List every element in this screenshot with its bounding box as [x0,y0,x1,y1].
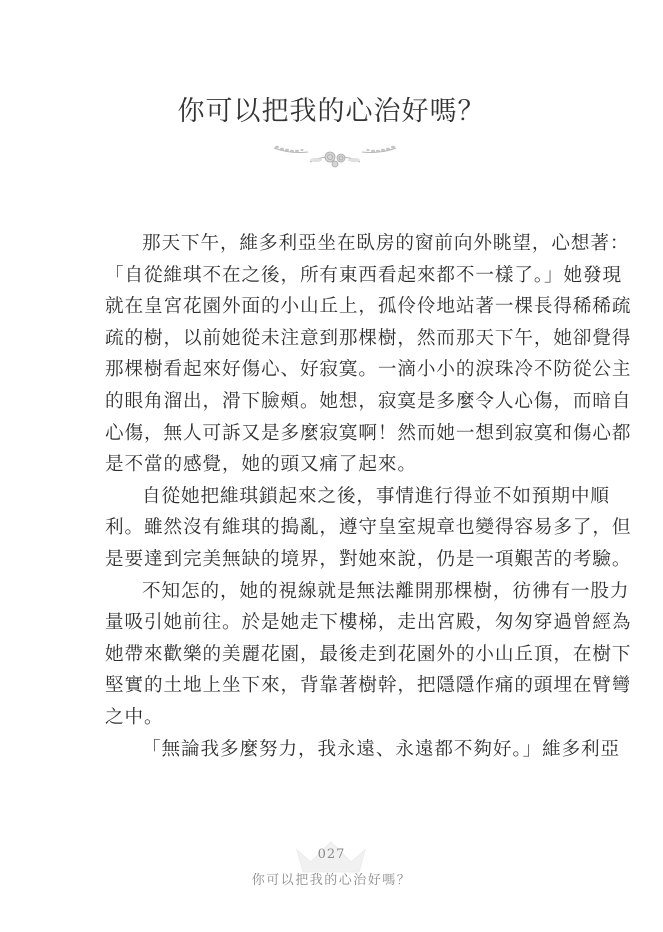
text-line: 自從她把維琪鎖起來之後，事情進行得並不如預期中順 [105,481,570,513]
chapter-title: 你可以把我的心治好嗎？ [0,92,663,132]
running-title: 你可以把我的心治好嗎？ [0,869,663,888]
text-line: 那天下午，維多利亞坐在臥房的窗前向外眺望，心想著： [105,228,570,260]
text-line: 量吸引她前往。於是她走下樓梯，走出宮殿，匆匆穿過曾經為 [105,607,570,639]
page-footer: 027 你可以把我的心治好嗎？ [0,836,663,896]
text-line: 就在皇宮花園外面的小山丘上，孤伶伶地站著一棵長得稀稀疏 [105,291,570,323]
text-line: 她帶來歡樂的美麗花園，最後走到花園外的小山丘頂，在樹下 [105,639,570,671]
text-line: 「自從維琪不在之後，所有東西看起來都不一樣了。」她發現 [105,260,570,292]
floral-divider-icon [270,140,400,168]
text-line: 利。雖然沒有維琪的搗亂，遵守皇室規章也變得容易多了，但 [105,512,570,544]
text-line: 心傷，無人可訴又是多麼寂寞啊！然而她一想到寂寞和傷心都 [105,418,570,450]
text-line: 堅實的土地上坐下來，背靠著樹幹，把隱隱作痛的頭埋在臂彎 [105,670,570,702]
text-line: 是要達到完美無缺的境界，對她來說，仍是一項艱苦的考驗。 [105,544,570,576]
body-text: 那天下午，維多利亞坐在臥房的窗前向外眺望，心想著： 「自從維琪不在之後，所有東西… [105,228,570,765]
text-line: 「無論我多麼努力，我永遠、永遠都不夠好。」維多利亞 [105,734,570,766]
text-line: 的眼角溜出，滑下臉頰。她想，寂寞是多麼令人心傷，而暗自 [105,386,570,418]
text-line: 那棵樹看起來好傷心、好寂寞。一滴小小的淚珠冷不防從公主 [105,354,570,386]
text-line: 之中。 [105,702,570,734]
text-line: 是不當的感覺，她的頭又痛了起來。 [105,449,570,481]
text-line: 疏的樹，以前她從未注意到那棵樹，然而那天下午，她卻覺得 [105,323,570,355]
text-line: 不知怎的，她的視線就是無法離開那棵樹，彷彿有一股力 [105,576,570,608]
page-number: 027 [0,847,663,862]
book-page: 你可以把我的心治好嗎？ [0,0,663,932]
